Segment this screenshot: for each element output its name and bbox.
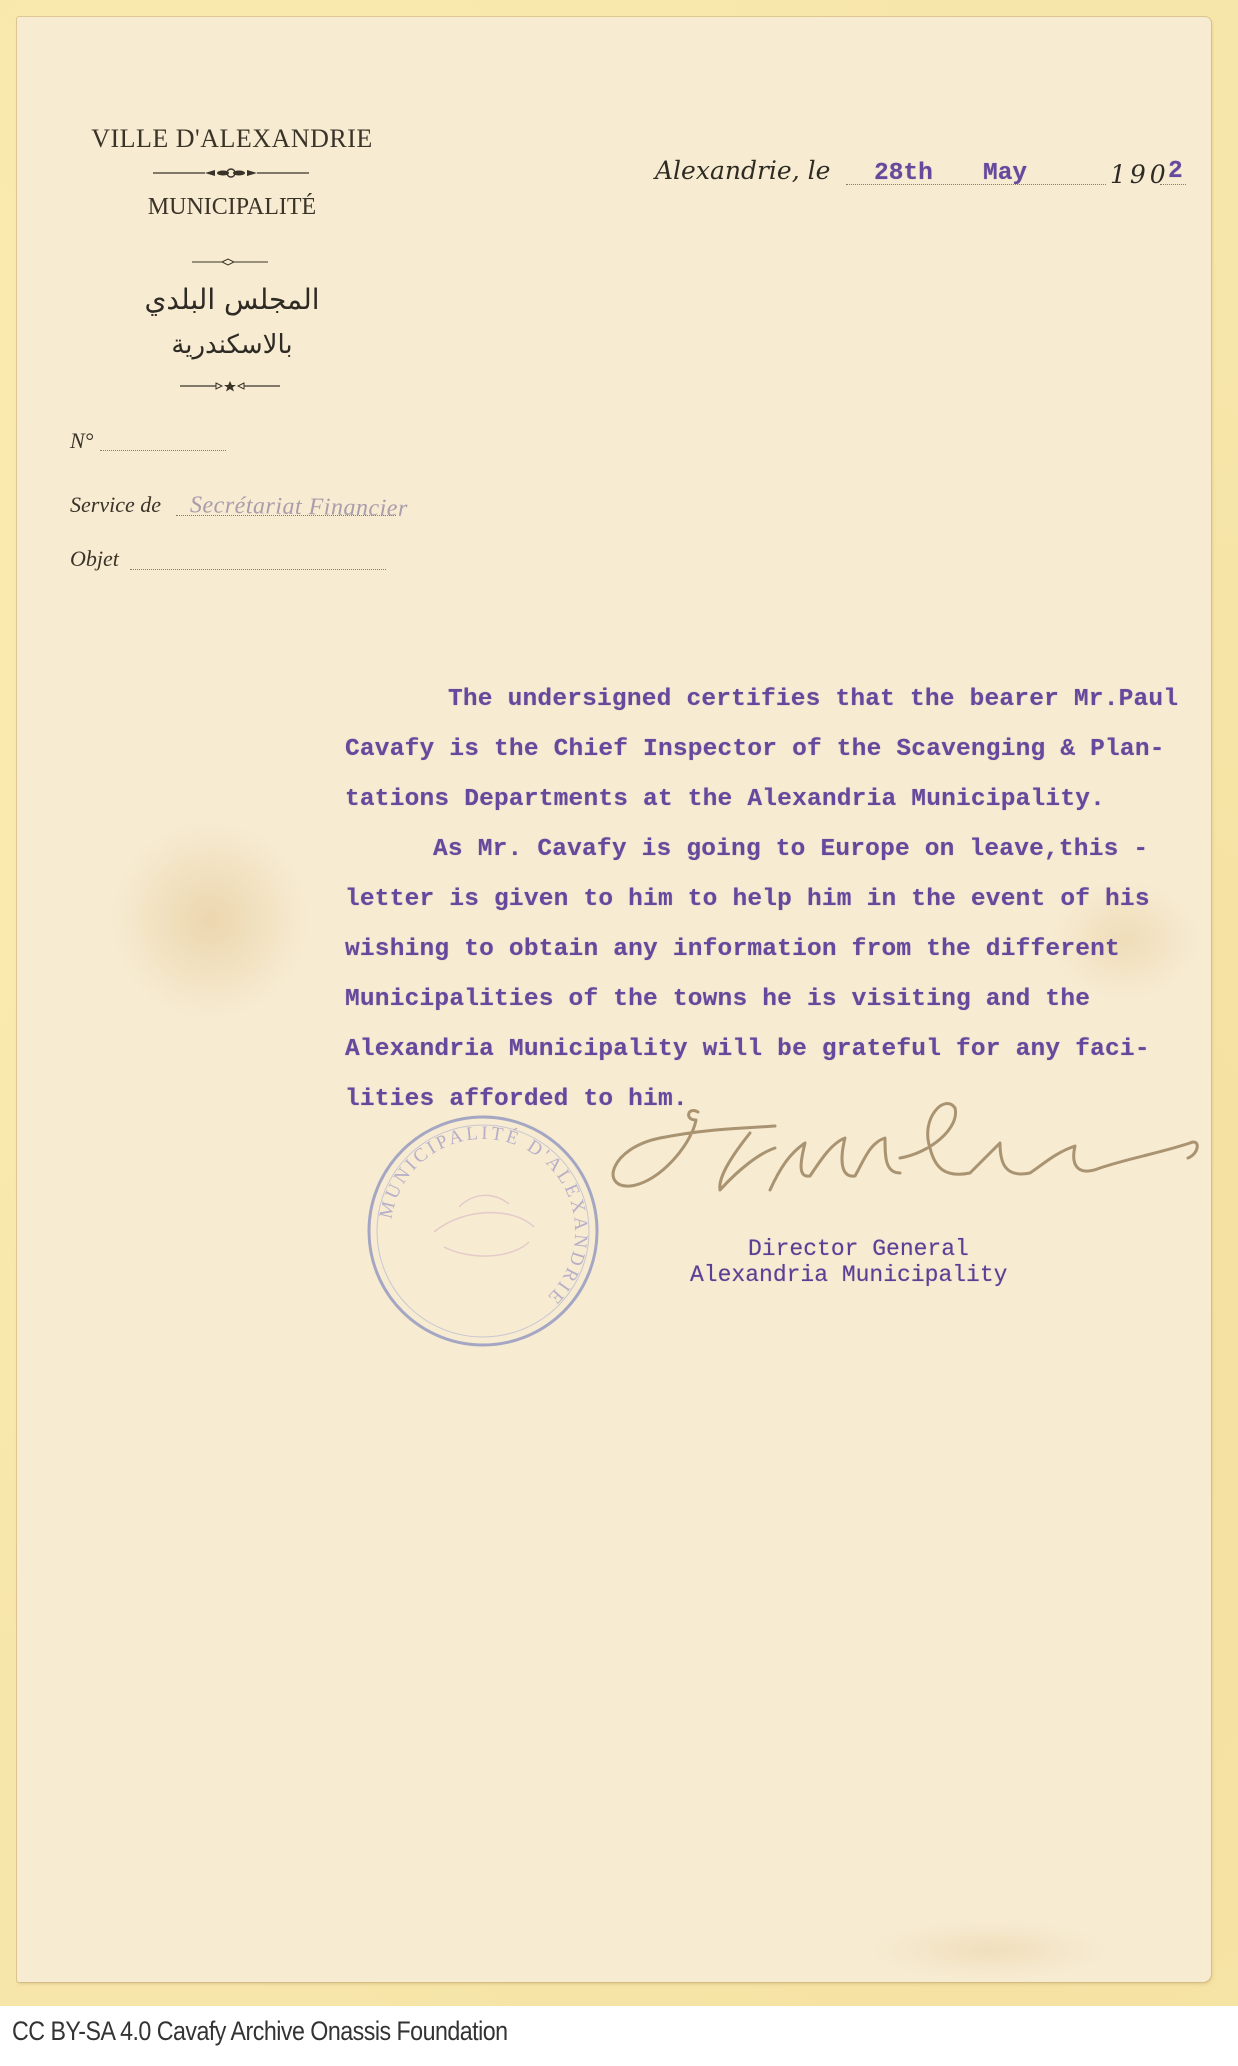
date-day: 28th	[874, 160, 933, 187]
letterhead-arabic-council: المجلس البلدي	[89, 283, 375, 316]
signature-icon	[600, 1098, 1212, 1208]
body-line: Municipalities of the towns he is visiti…	[345, 986, 1090, 1013]
body-line: wishing to obtain any information from t…	[345, 936, 1120, 963]
number-field-line	[100, 450, 226, 451]
object-label: Objet	[70, 546, 119, 572]
signatory-organization: Alexandria Municipality	[690, 1262, 1007, 1288]
body-line: letter is given to him to help him in th…	[345, 886, 1150, 913]
body-line: The undersigned certifies that the beare…	[448, 686, 1178, 713]
body-line: Cavafy is the Chief Inspector of the Sca…	[345, 736, 1165, 763]
letterhead-office: MUNICIPALITÉ	[89, 194, 375, 221]
letterhead-city: VILLE D'ALEXANDRIE	[89, 124, 375, 154]
municipal-seal-icon: MUNICIPALITÉ D'ALEXANDRIE	[364, 1112, 602, 1350]
signatory-title: Director General	[748, 1236, 969, 1262]
service-label: Service de	[70, 492, 161, 518]
svg-text:MUNICIPALITÉ D'ALEXANDRIE: MUNICIPALITÉ D'ALEXANDRIE	[376, 1123, 592, 1310]
date-year-suffix: 2	[1168, 158, 1183, 185]
body-line: Alexandria Municipality will be grateful…	[345, 1036, 1150, 1063]
ornament-divider-icon	[153, 166, 309, 180]
license-caption: CC BY-SA 4.0 Cavafy Archive Onassis Foun…	[12, 2016, 508, 2047]
body-line: tations Departments at the Alexandria Mu…	[345, 786, 1105, 813]
date-place-prefix: Alexandrie, le	[655, 156, 830, 185]
ornament-small-icon	[192, 256, 268, 268]
paper-stain	[870, 1920, 1110, 1980]
date-month: May	[983, 160, 1027, 187]
paper-stain	[110, 820, 310, 1020]
body-line: As Mr. Cavafy is going to Europe on leav…	[433, 836, 1148, 863]
service-stamp-value: Secrétariat Financier	[190, 492, 408, 523]
letterhead-arabic-city: بالاسكندرية	[89, 330, 375, 360]
object-field-line	[130, 569, 386, 570]
number-label: N°	[70, 428, 93, 454]
ornament-star-divider-icon	[180, 380, 280, 392]
